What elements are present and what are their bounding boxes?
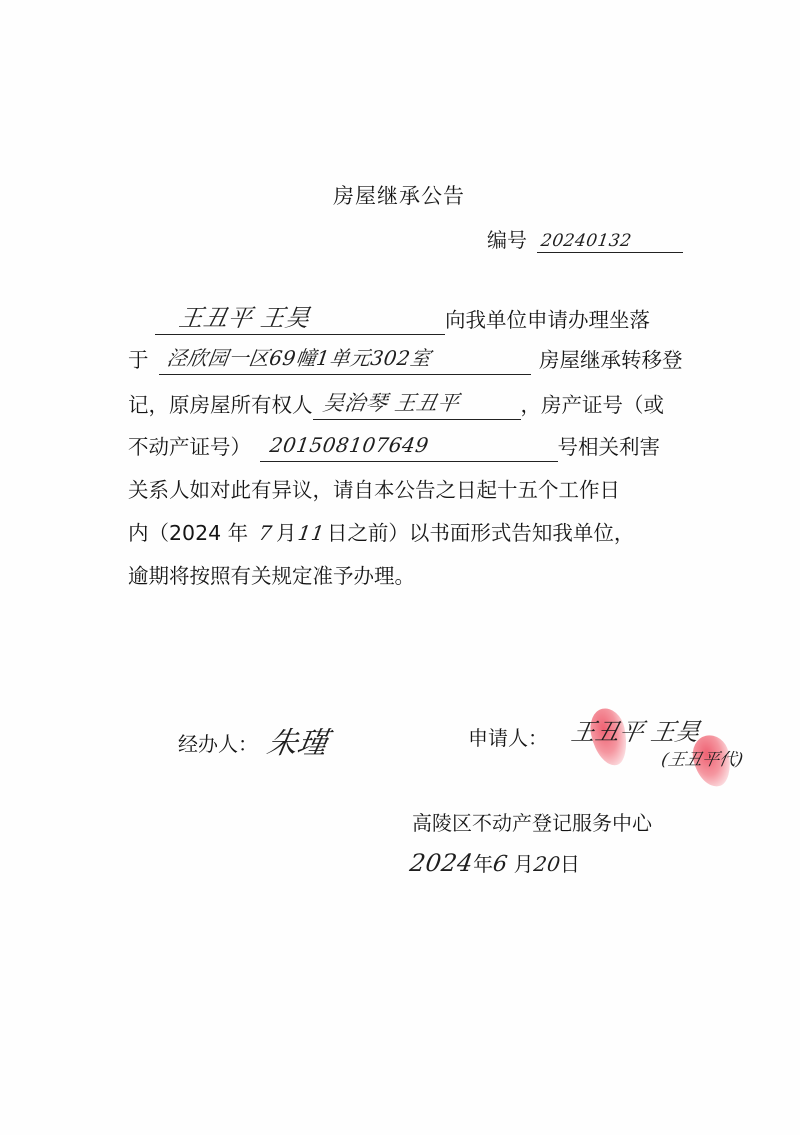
address-handwritten: 泾欣园一区69幢1单元302室 <box>165 343 433 373</box>
line6-suffix: 日之前）以书面形式告知我单位， <box>327 521 635 545</box>
applicant-proxy-note: (王丑平代) <box>660 745 746 770</box>
month-label: 月 <box>276 521 297 545</box>
applicants-blank: 王丑平 王昊 <box>155 306 445 335</box>
body-line-7: 逾期将按照有关规定准予办理。 <box>128 561 415 591</box>
line2-prefix: 于 <box>128 348 149 372</box>
serial-value-handwritten: 20240132 <box>540 231 633 251</box>
line4-prefix: 不动产证号） <box>128 435 251 459</box>
original-owners-blank: 吴治琴 王丑平 <box>313 391 521 420</box>
day-label: 日 <box>560 852 580 876</box>
original-owners-handwritten: 吴治琴 王丑平 <box>320 388 460 418</box>
body-line-4: 不动产证号） 201508107649 号相关利害 <box>128 432 660 462</box>
line6-prefix: 内（2024 年 <box>128 521 248 545</box>
certificate-number-handwritten: 201508107649 <box>267 430 430 460</box>
issue-date: 2024年6月20日 <box>410 848 580 877</box>
serial-blank: 20240132 <box>537 228 683 253</box>
applicants-handwritten: 王丑平 王昊 <box>177 303 312 333</box>
line1-text: 向我单位申请办理坐落 <box>445 308 650 332</box>
handler-signature: 朱瑾 <box>264 718 332 762</box>
month-label: 月 <box>514 852 534 876</box>
body-line-2: 于 泾欣园一区69幢1单元302室 房屋继承转移登 <box>128 345 683 375</box>
serial-label: 编号 <box>487 228 527 252</box>
deadline-month-handwritten: 7 <box>257 518 274 548</box>
year-label: 年 <box>473 852 493 876</box>
line4-text: 号相关利害 <box>558 435 661 459</box>
document-title: 房屋继承公告 <box>333 180 465 210</box>
line2-text: 房屋继承转移登 <box>539 348 683 372</box>
issue-year-handwritten: 2024 <box>408 849 475 877</box>
issue-month-handwritten: 6 <box>491 852 509 877</box>
body-line-1: 王丑平 王昊 向我单位申请办理坐落 <box>155 305 650 335</box>
issue-day-handwritten: 20 <box>532 852 562 876</box>
line3-text: ，房产证号（或 <box>521 393 665 417</box>
serial-number-row: 编号 20240132 <box>487 224 683 253</box>
scanned-document-page: 房屋继承公告 编号 20240132 王丑平 王昊 向我单位申请办理坐落 于 泾… <box>0 0 800 1135</box>
body-line-3: 记，原房屋所有权人 吴治琴 王丑平 ，房产证号（或 <box>128 390 664 420</box>
issuer-name: 高陵区不动产登记服务中心 <box>412 807 652 836</box>
applicant-label: 申请人： <box>468 722 548 751</box>
deadline-day-handwritten: 11 <box>296 518 327 548</box>
applicant-signature: 王丑平 王昊 <box>569 712 703 747</box>
body-line-6: 内（2024 年 7月11日之前）以书面形式告知我单位， <box>128 518 634 548</box>
line3-prefix: 记，原房屋所有权人 <box>128 393 313 417</box>
body-line-5: 关系人如对此有异议，请自本公告之日起十五个工作日 <box>128 475 620 505</box>
address-blank: 泾欣园一区69幢1单元302室 <box>159 346 531 375</box>
certificate-number-blank: 201508107649 <box>260 433 558 462</box>
handler-label: 经办人： <box>178 728 258 757</box>
